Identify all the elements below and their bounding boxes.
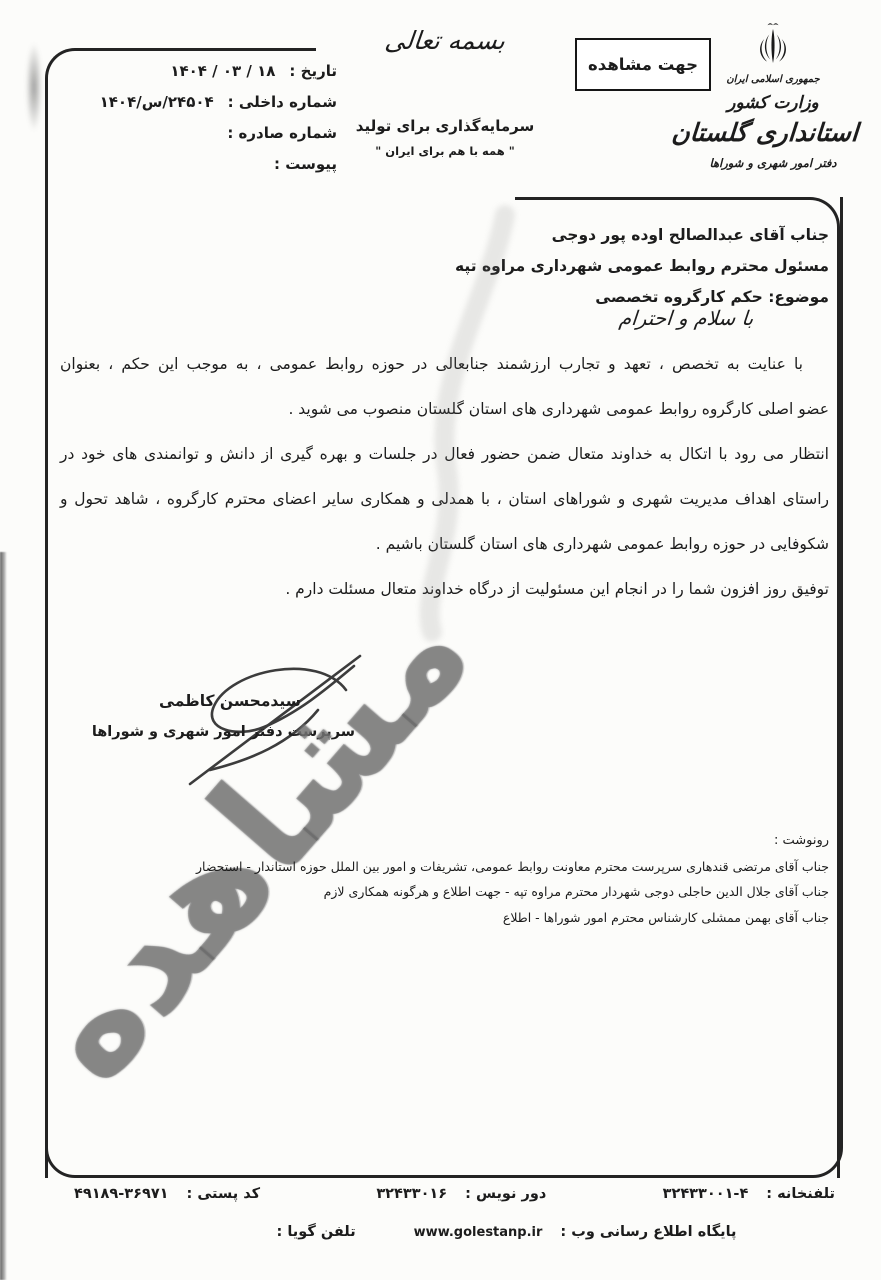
- scan-faint-streak: [0, 0, 881, 1280]
- meta-row-attachment: پیوست :: [62, 155, 337, 173]
- postal-group: کد پستی : ۴۹۱۸۹-۳۶۹۷۱: [74, 1186, 260, 1202]
- phone-label: تلفنخانه :: [766, 1186, 835, 1202]
- salutation-calligraphy: با سلام و احترام: [618, 306, 755, 330]
- body-line: عضو اصلی کارگروه روابط عمومی شهرداری های…: [60, 387, 829, 432]
- recipient-title: مسئول محترم روابط عمومی شهرداری مراوه تپ…: [455, 251, 829, 282]
- postal-value: ۴۹۱۸۹-۳۶۹۷۱: [74, 1186, 169, 1202]
- cc-item: جناب آقای جلال الدین حاجلی دوجی شهردار م…: [196, 879, 829, 905]
- voice-group: تلفن گویا :: [259, 1224, 356, 1240]
- slogan-production: سرمایه‌گذاری برای تولید: [350, 117, 540, 135]
- letter-body: با عنایت به تخصص ، تعهد و تجارب ارزشمند …: [60, 342, 829, 612]
- besmellah-calligraphy: بسمه تعالی: [348, 26, 541, 55]
- phone-value: ۳۲۴۳۳۰۰۱-۴: [663, 1186, 749, 1202]
- closing-line: توفیق روز افزون شما را در انجام این مسئو…: [60, 567, 829, 612]
- fax-value: ۳۲۴۳۳۰۱۶: [376, 1186, 447, 1202]
- internal-no-value: ۱۴۰۴/س/۲۴۵۰۴: [100, 93, 214, 111]
- footer-contact: تلفنخانه : ۳۲۴۳۳۰۰۱-۴ دور نویس : ۳۲۴۳۳۰۱…: [40, 1186, 835, 1240]
- web-group: پایگاه اطلاع رسانی وب : www.golestanp.ir: [414, 1224, 737, 1240]
- scan-corner-smudge: [26, 42, 42, 132]
- recipient-name: جناب آقای عبدالصالح اوده پور دوجی: [455, 220, 829, 251]
- slogan-iran: " همه با هم برای ایران ": [350, 144, 540, 158]
- meta-block: تاریخ : ۱۴۰۴ / ۰۳ / ۱۸ شماره داخلی : ۱۴۰…: [62, 62, 337, 186]
- cc-item: جناب آقای بهمن ممشلی کارشناس محترم امور …: [196, 905, 829, 931]
- body-line: راستای اهداف مدیریت شهری و شوراهای استان…: [60, 477, 829, 522]
- postal-label: کد پستی :: [187, 1186, 261, 1202]
- meta-row-date: تاریخ : ۱۴۰۴ / ۰۳ / ۱۸: [62, 62, 337, 80]
- cc-label: رونوشت :: [196, 828, 829, 854]
- letterhead-office: دفتر امور شهری و شوراها: [688, 157, 858, 170]
- phone-group: تلفنخانه : ۳۲۴۳۳۰۰۱-۴: [663, 1186, 835, 1202]
- letterhead-country: جمهوری اسلامی ایران: [688, 74, 858, 86]
- iran-emblem-icon: [750, 20, 796, 72]
- letterhead-block: جمهوری اسلامی ایران وزارت کشور استانداری…: [688, 20, 858, 170]
- fax-group: دور نویس : ۳۲۴۳۳۰۱۶: [376, 1186, 546, 1202]
- center-header: بسمه تعالی سرمایه‌گذاری برای تولید " همه…: [350, 26, 540, 158]
- scanned-letter-page: تاریخ : ۱۴۰۴ / ۰۳ / ۱۸ شماره داخلی : ۱۴۰…: [0, 0, 881, 1280]
- handwritten-signature: [168, 648, 383, 798]
- date-label: تاریخ :: [289, 62, 337, 80]
- scan-edge-shadow: [0, 552, 7, 1280]
- attachment-label: پیوست :: [274, 155, 337, 173]
- web-label: پایگاه اطلاع رسانی وب :: [560, 1224, 736, 1240]
- body-line: شکوفایی در حوزه روابط عمومی شهرداری های …: [60, 522, 829, 567]
- body-line: با عنایت به تخصص ، تعهد و تجارب ارزشمند …: [60, 342, 829, 387]
- cc-block: رونوشت : جناب آقای مرتضی قندهاری سرپرست …: [196, 828, 829, 930]
- letterhead-ministry: وزارت کشور: [688, 94, 858, 114]
- view-stamp-label: جهت مشاهده: [588, 55, 698, 74]
- footer-row-1: تلفنخانه : ۳۲۴۳۳۰۰۱-۴ دور نویس : ۳۲۴۳۳۰۱…: [40, 1186, 835, 1202]
- meta-row-internal-no: شماره داخلی : ۱۴۰۴/س/۲۴۵۰۴: [62, 93, 337, 111]
- frame-top-left: [45, 48, 316, 1178]
- meta-row-issued-no: شماره صادره :: [62, 124, 337, 142]
- date-value: ۱۴۰۴ / ۰۳ / ۱۸: [170, 62, 275, 80]
- footer-row-2: پایگاه اطلاع رسانی وب : www.golestanp.ir…: [40, 1224, 835, 1240]
- recipient-block: جناب آقای عبدالصالح اوده پور دوجی مسئول …: [455, 220, 829, 313]
- letterhead-org: استانداری گلستان: [687, 119, 859, 148]
- web-value: www.golestanp.ir: [414, 1225, 543, 1240]
- issued-no-label: شماره صادره :: [227, 124, 337, 142]
- fax-label: دور نویس :: [465, 1186, 546, 1202]
- body-line: انتظار می رود با اتکال به خداوند متعال ض…: [60, 432, 829, 477]
- voice-label: تلفن گویا :: [277, 1224, 356, 1240]
- cc-item: جناب آقای مرتضی قندهاری سرپرست محترم معا…: [196, 854, 829, 880]
- internal-no-label: شماره داخلی :: [228, 93, 337, 111]
